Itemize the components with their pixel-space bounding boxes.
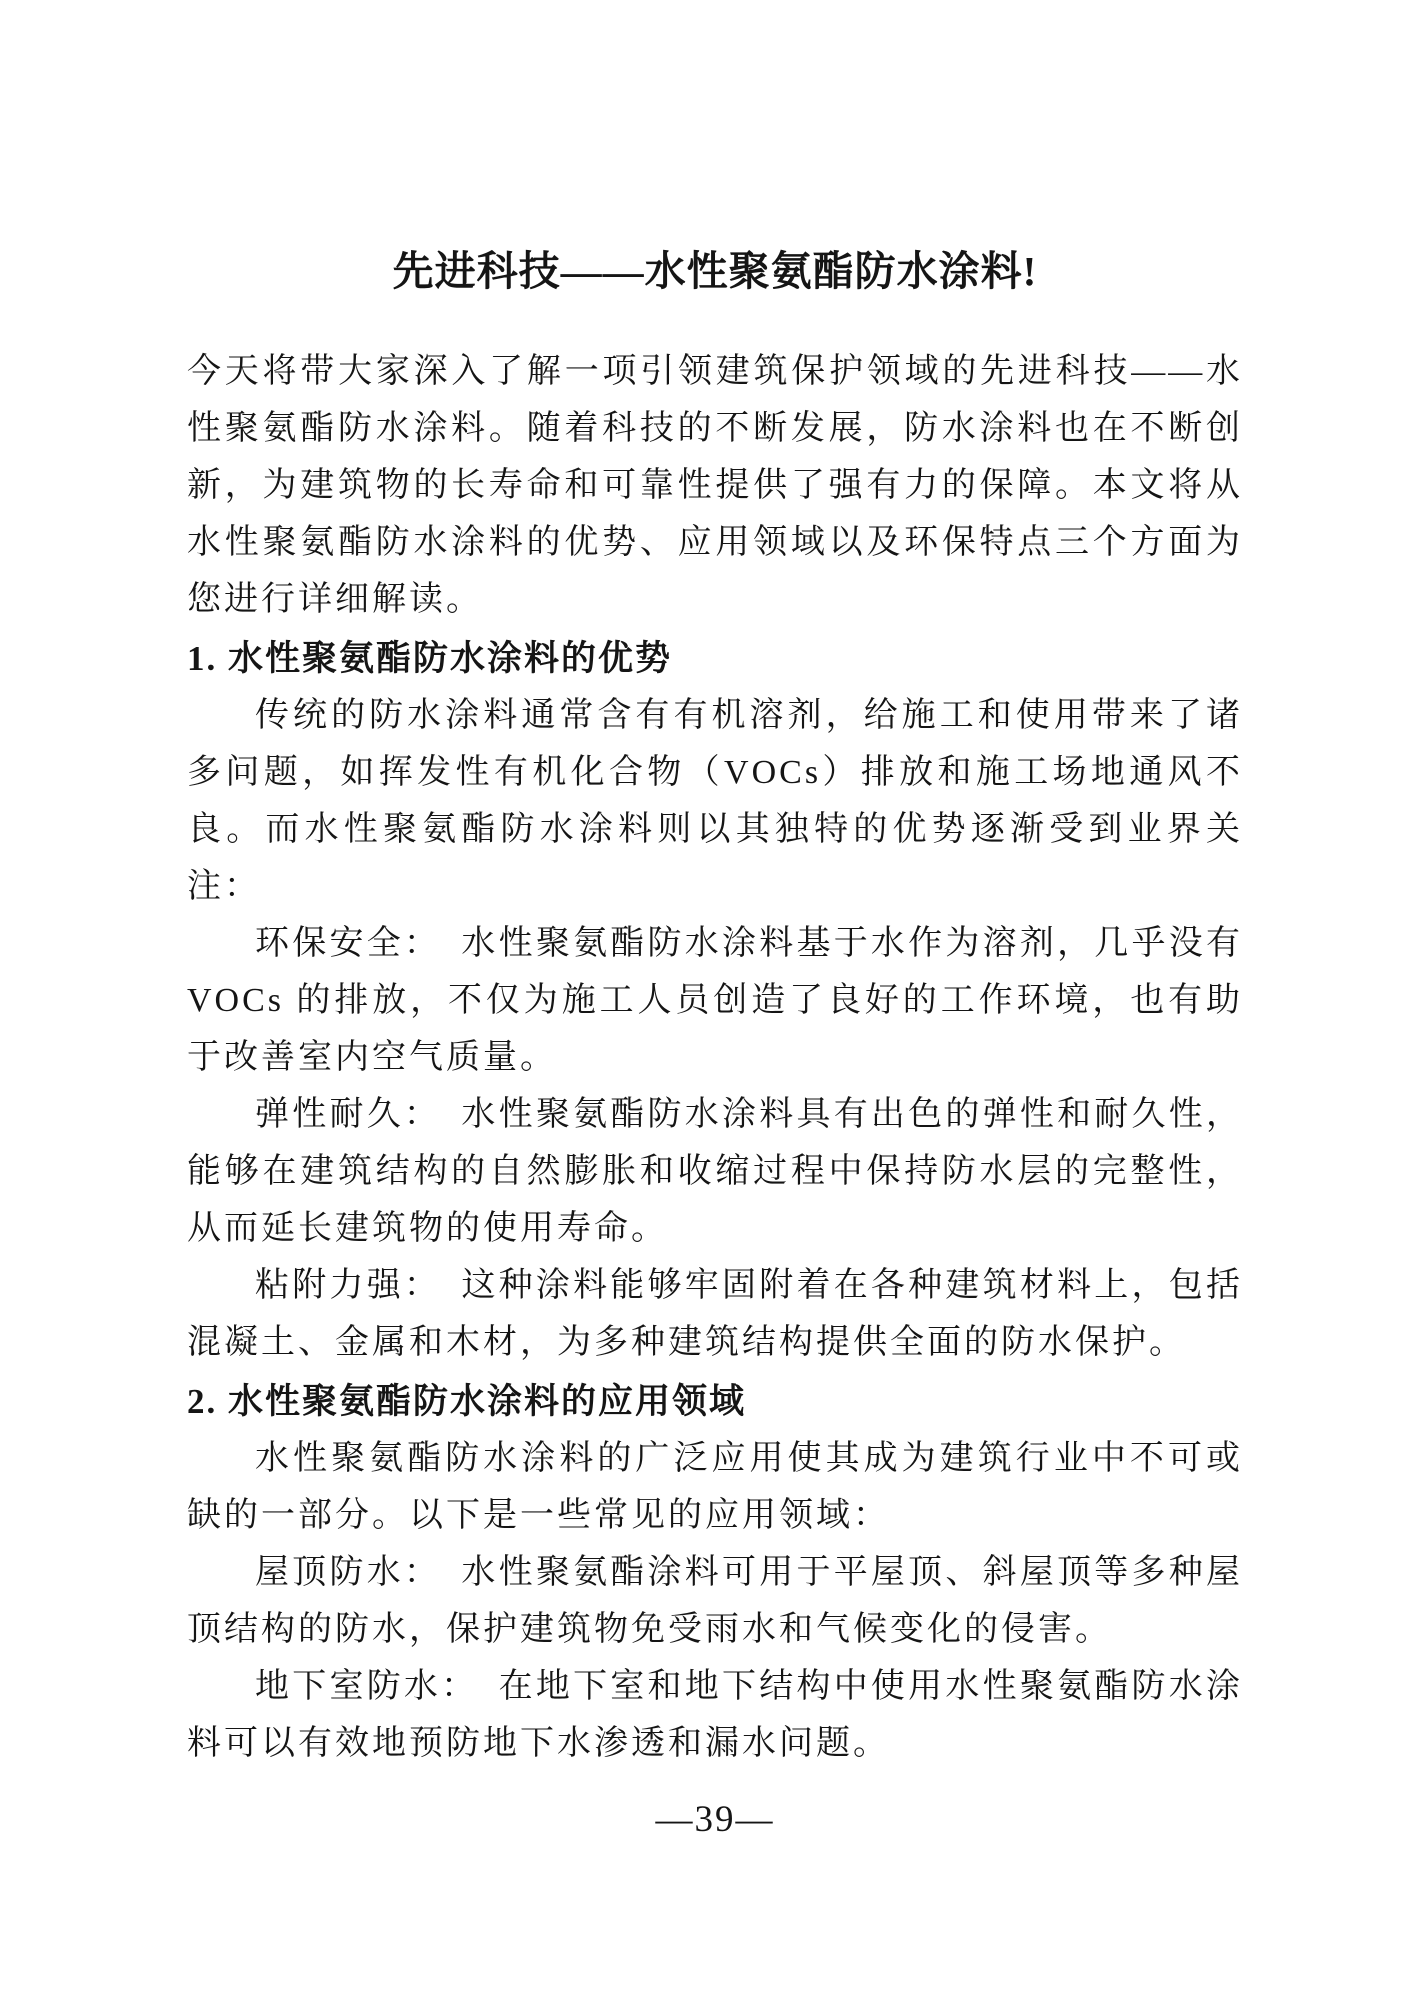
document-body: 先进科技——水性聚氨酯防水涂料! 今天将带大家深入了解一项引领建筑保护领域的先进… — [187, 0, 1243, 2000]
section-1-heading: 1. 水性聚氨酯防水涂料的优势 — [187, 630, 1243, 687]
intro-paragraph: 今天将带大家深入了解一项引领建筑保护领域的先进科技——水性聚氨酯防水涂料。随着科… — [187, 343, 1243, 628]
section-1-paragraph-1: 传统的防水涂料通常含有有机溶剂，给施工和使用带来了诸多问题，如挥发性有机化合物（… — [187, 687, 1243, 915]
section-2-paragraph-1: 水性聚氨酯防水涂料的广泛应用使其成为建筑行业中不可或缺的一部分。以下是一些常见的… — [187, 1430, 1243, 1544]
section-2-heading: 2. 水性聚氨酯防水涂料的应用领域 — [187, 1373, 1243, 1430]
section-1-paragraph-2: 环保安全： 水性聚氨酯防水涂料基于水作为溶剂，几乎没有 VOCs 的排放，不仅为… — [187, 915, 1243, 1086]
section-2-paragraph-2: 屋顶防水： 水性聚氨酯涂料可用于平屋顶、斜屋顶等多种屋顶结构的防水，保护建筑物免… — [187, 1544, 1243, 1658]
document-page: 先进科技——水性聚氨酯防水涂料! 今天将带大家深入了解一项引领建筑保护领域的先进… — [0, 0, 1415, 2000]
page-number: —39— — [187, 1796, 1243, 1844]
section-2-paragraph-3: 地下室防水： 在地下室和地下结构中使用水性聚氨酯防水涂料可以有效地预防地下水渗透… — [187, 1658, 1243, 1772]
section-1-paragraph-3: 弹性耐久： 水性聚氨酯防水涂料具有出色的弹性和耐久性，能够在建筑结构的自然膨胀和… — [187, 1086, 1243, 1257]
document-title: 先进科技——水性聚氨酯防水涂料! — [187, 245, 1243, 297]
section-1-paragraph-4: 粘附力强： 这种涂料能够牢固附着在各种建筑材料上，包括混凝土、金属和木材，为多种… — [187, 1257, 1243, 1371]
